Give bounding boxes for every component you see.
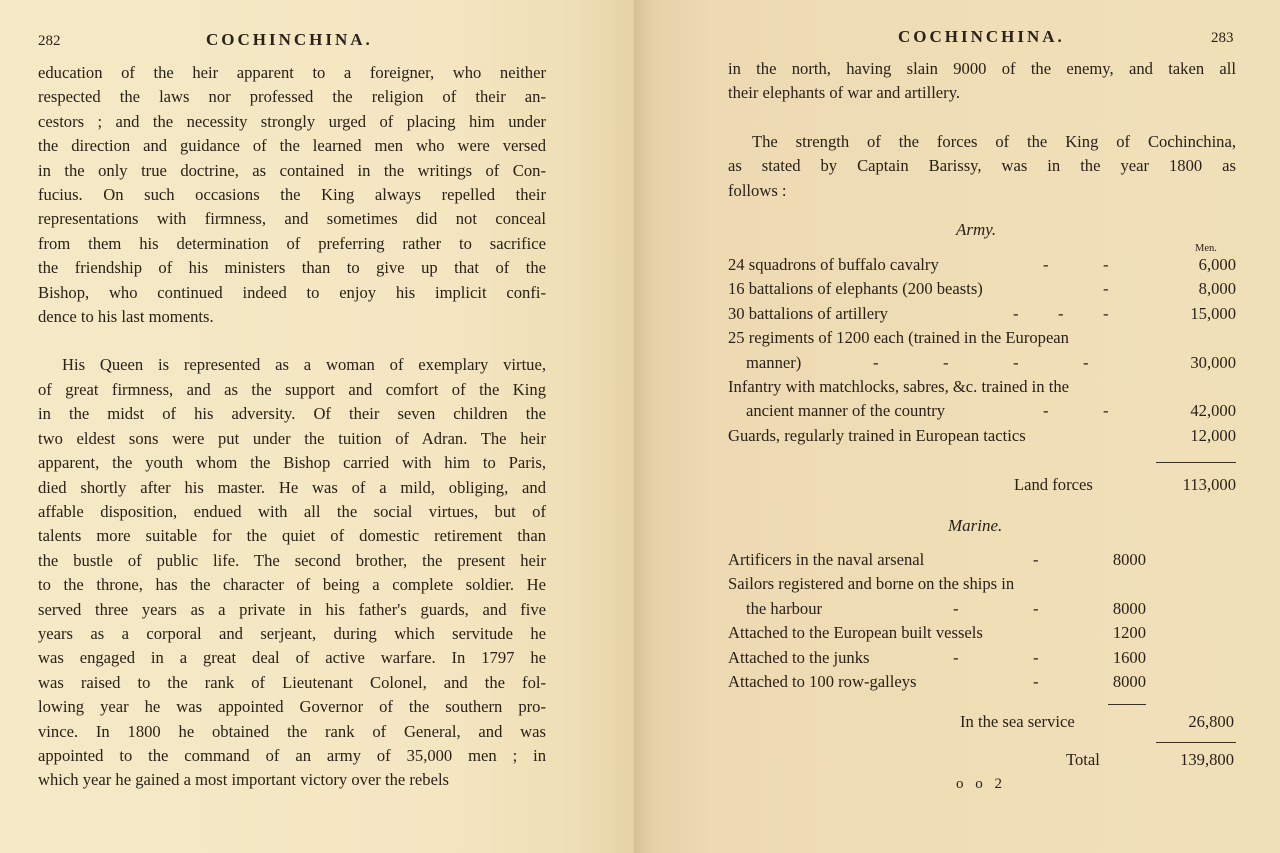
paragraph: The strength of the forces of the King o… — [728, 130, 1236, 203]
total-value: 139,800 — [1156, 750, 1234, 770]
leader-dash: - — [953, 648, 959, 668]
text-line: in the only true doctrine, as contained … — [38, 159, 546, 183]
row-description: ancient manner of the country — [746, 401, 945, 421]
row-description: Artificers in the naval arsenal — [728, 550, 924, 570]
row-description: 16 battalions of elephants (200 beasts) — [728, 279, 983, 299]
subtotal-rule — [1156, 462, 1236, 463]
text-line: as stated by Captain Barissy, was in the… — [728, 154, 1236, 178]
text-line: their elephants of war and artillery. — [728, 81, 1236, 105]
leader-dash: - — [953, 599, 959, 619]
text-line: the bustle of public life. The second br… — [38, 549, 546, 573]
text-line: was raised to the rank of Lieutenant Col… — [38, 671, 546, 695]
row-description: 30 battalions of artillery — [728, 304, 888, 324]
right-body-text: in the north, having slain 9000 of the e… — [728, 57, 1236, 203]
leader-dash: - — [1103, 279, 1109, 299]
row-description: the harbour — [746, 599, 822, 619]
sea-service-label: In the sea service — [960, 712, 1075, 731]
text-line: the direction and guidance of the learne… — [38, 134, 546, 158]
sea-service-value-row: 26,800 — [1156, 712, 1234, 732]
leader-dash: - — [1033, 599, 1039, 619]
leader-dash: - — [1013, 304, 1019, 324]
leader-dash: - — [1043, 255, 1049, 275]
signature-mark: o o 2 — [956, 776, 1006, 793]
total-rule — [1156, 742, 1236, 743]
row-value: 12,000 — [1190, 426, 1236, 446]
leader-dash: - — [1033, 550, 1039, 570]
text-line: from them his determination of preferrin… — [38, 232, 546, 256]
text-line: was engaged in a great deal of active wa… — [38, 646, 546, 670]
land-forces-row: Land forces — [1014, 475, 1093, 495]
row-value: 8000 — [1113, 550, 1146, 570]
paragraph: in the north, having slain 9000 of the e… — [728, 57, 1236, 106]
text-line: in the midst of his adversity. Of their … — [38, 402, 546, 426]
leader-dash: - — [1103, 401, 1109, 421]
running-head: COCHINCHINA. — [206, 30, 373, 50]
row-description: 24 squadrons of buffalo cavalry — [728, 255, 939, 275]
row-description: Infantry with matchlocks, sabres, &c. tr… — [728, 377, 1069, 397]
text-line: to the throne, has the character of bein… — [38, 573, 546, 597]
leader-dash: - — [1033, 672, 1039, 692]
row-value: 6,000 — [1199, 255, 1236, 275]
row-value: 30,000 — [1190, 353, 1236, 373]
land-forces-value-row: 113,000 — [1156, 475, 1236, 495]
text-line: talents more suitable for the quiet of d… — [38, 524, 546, 548]
page-number: 283 — [1211, 30, 1234, 47]
row-description: Attached to the junks — [728, 648, 869, 668]
row-value: 1200 — [1113, 623, 1146, 643]
paragraph: education of the heir apparent to a fore… — [38, 61, 546, 329]
row-description: 25 regiments of 1200 each (trained in th… — [728, 328, 1069, 348]
leader-dash: - — [1103, 304, 1109, 324]
leader-dash: - — [1083, 353, 1089, 373]
sea-service-row: In the sea service — [960, 712, 1075, 732]
page-number: 282 — [38, 33, 61, 50]
row-value: 8000 — [1113, 672, 1146, 692]
text-line: education of the heir apparent to a fore… — [38, 61, 546, 85]
text-line: lowing year he was appointed Governor of… — [38, 695, 546, 719]
text-line: served three years as a private in his f… — [38, 598, 546, 622]
text-line: died shortly after his master. He was of… — [38, 476, 546, 500]
sea-service-value: 26,800 — [1156, 712, 1234, 732]
leader-dash: - — [1033, 648, 1039, 668]
left-body-text: education of the heir apparent to a fore… — [38, 61, 546, 793]
leader-dash: - — [1043, 401, 1049, 421]
leader-dash: - — [1103, 255, 1109, 275]
text-line: affable disposition, endued with all the… — [38, 500, 546, 524]
text-line: follows : — [728, 179, 1236, 203]
text-line: vince. In 1800 he obtained the rank of G… — [38, 720, 546, 744]
total-row: Total — [1066, 750, 1100, 770]
row-description: Guards, regularly trained in European ta… — [728, 426, 1026, 446]
row-value: 1600 — [1113, 648, 1146, 668]
text-line: Bishop, who continued indeed to enjoy hi… — [38, 281, 546, 305]
row-value: 42,000 — [1190, 401, 1236, 421]
men-column-label: Men. — [1195, 243, 1217, 254]
row-description: manner) — [746, 353, 801, 373]
text-line: of great firmness, and as the support an… — [38, 378, 546, 402]
row-description: Attached to the European built vessels — [728, 623, 983, 643]
text-line: His Queen is represented as a woman of e… — [38, 353, 546, 377]
total-value-row: 139,800 — [1156, 750, 1234, 770]
text-line: in the north, having slain 9000 of the e… — [728, 57, 1236, 81]
row-value: 8000 — [1113, 599, 1146, 619]
right-page: COCHINCHINA. 283 in the north, having sl… — [636, 0, 1280, 853]
text-line: The strength of the forces of the King o… — [728, 130, 1236, 154]
row-description: Sailors registered and borne on the ship… — [728, 574, 1014, 594]
land-forces-label: Land forces — [1014, 475, 1093, 494]
row-value: 15,000 — [1190, 304, 1236, 324]
row-description: Attached to 100 row-galleys — [728, 672, 916, 692]
row-value: 8,000 — [1199, 279, 1236, 299]
marine-section-title: Marine. — [948, 516, 1002, 536]
text-line: years as a corporal and serjeant, during… — [38, 622, 546, 646]
leader-dash: - — [1058, 304, 1064, 324]
army-section-title: Army. — [956, 220, 996, 240]
leader-dash: - — [943, 353, 949, 373]
text-line: respected the laws nor professed the rel… — [38, 85, 546, 109]
left-page: 282 COCHINCHINA. education of the heir a… — [0, 0, 636, 853]
total-label: Total — [1066, 750, 1100, 769]
sea-subtotal-rule — [1108, 704, 1146, 705]
text-line: apparent, the youth whom the Bishop carr… — [38, 451, 546, 475]
text-line: representations with firmness, and somet… — [38, 207, 546, 231]
text-line: dence to his last moments. — [38, 305, 546, 329]
running-head: COCHINCHINA. — [898, 27, 1065, 47]
text-line: which year he gained a most important vi… — [38, 768, 546, 792]
text-line: two eldest sons were put under the tuiti… — [38, 427, 546, 451]
text-line: cestors ; and the necessity strongly urg… — [38, 110, 546, 134]
leader-dash: - — [873, 353, 879, 373]
text-line: fucius. On such occasions the King alway… — [38, 183, 546, 207]
text-line: the friendship of his ministers than to … — [38, 256, 546, 280]
text-line: appointed to the command of an army of 3… — [38, 744, 546, 768]
leader-dash: - — [1013, 353, 1019, 373]
paragraph: His Queen is represented as a woman of e… — [38, 353, 546, 792]
land-forces-value: 113,000 — [1156, 475, 1236, 495]
